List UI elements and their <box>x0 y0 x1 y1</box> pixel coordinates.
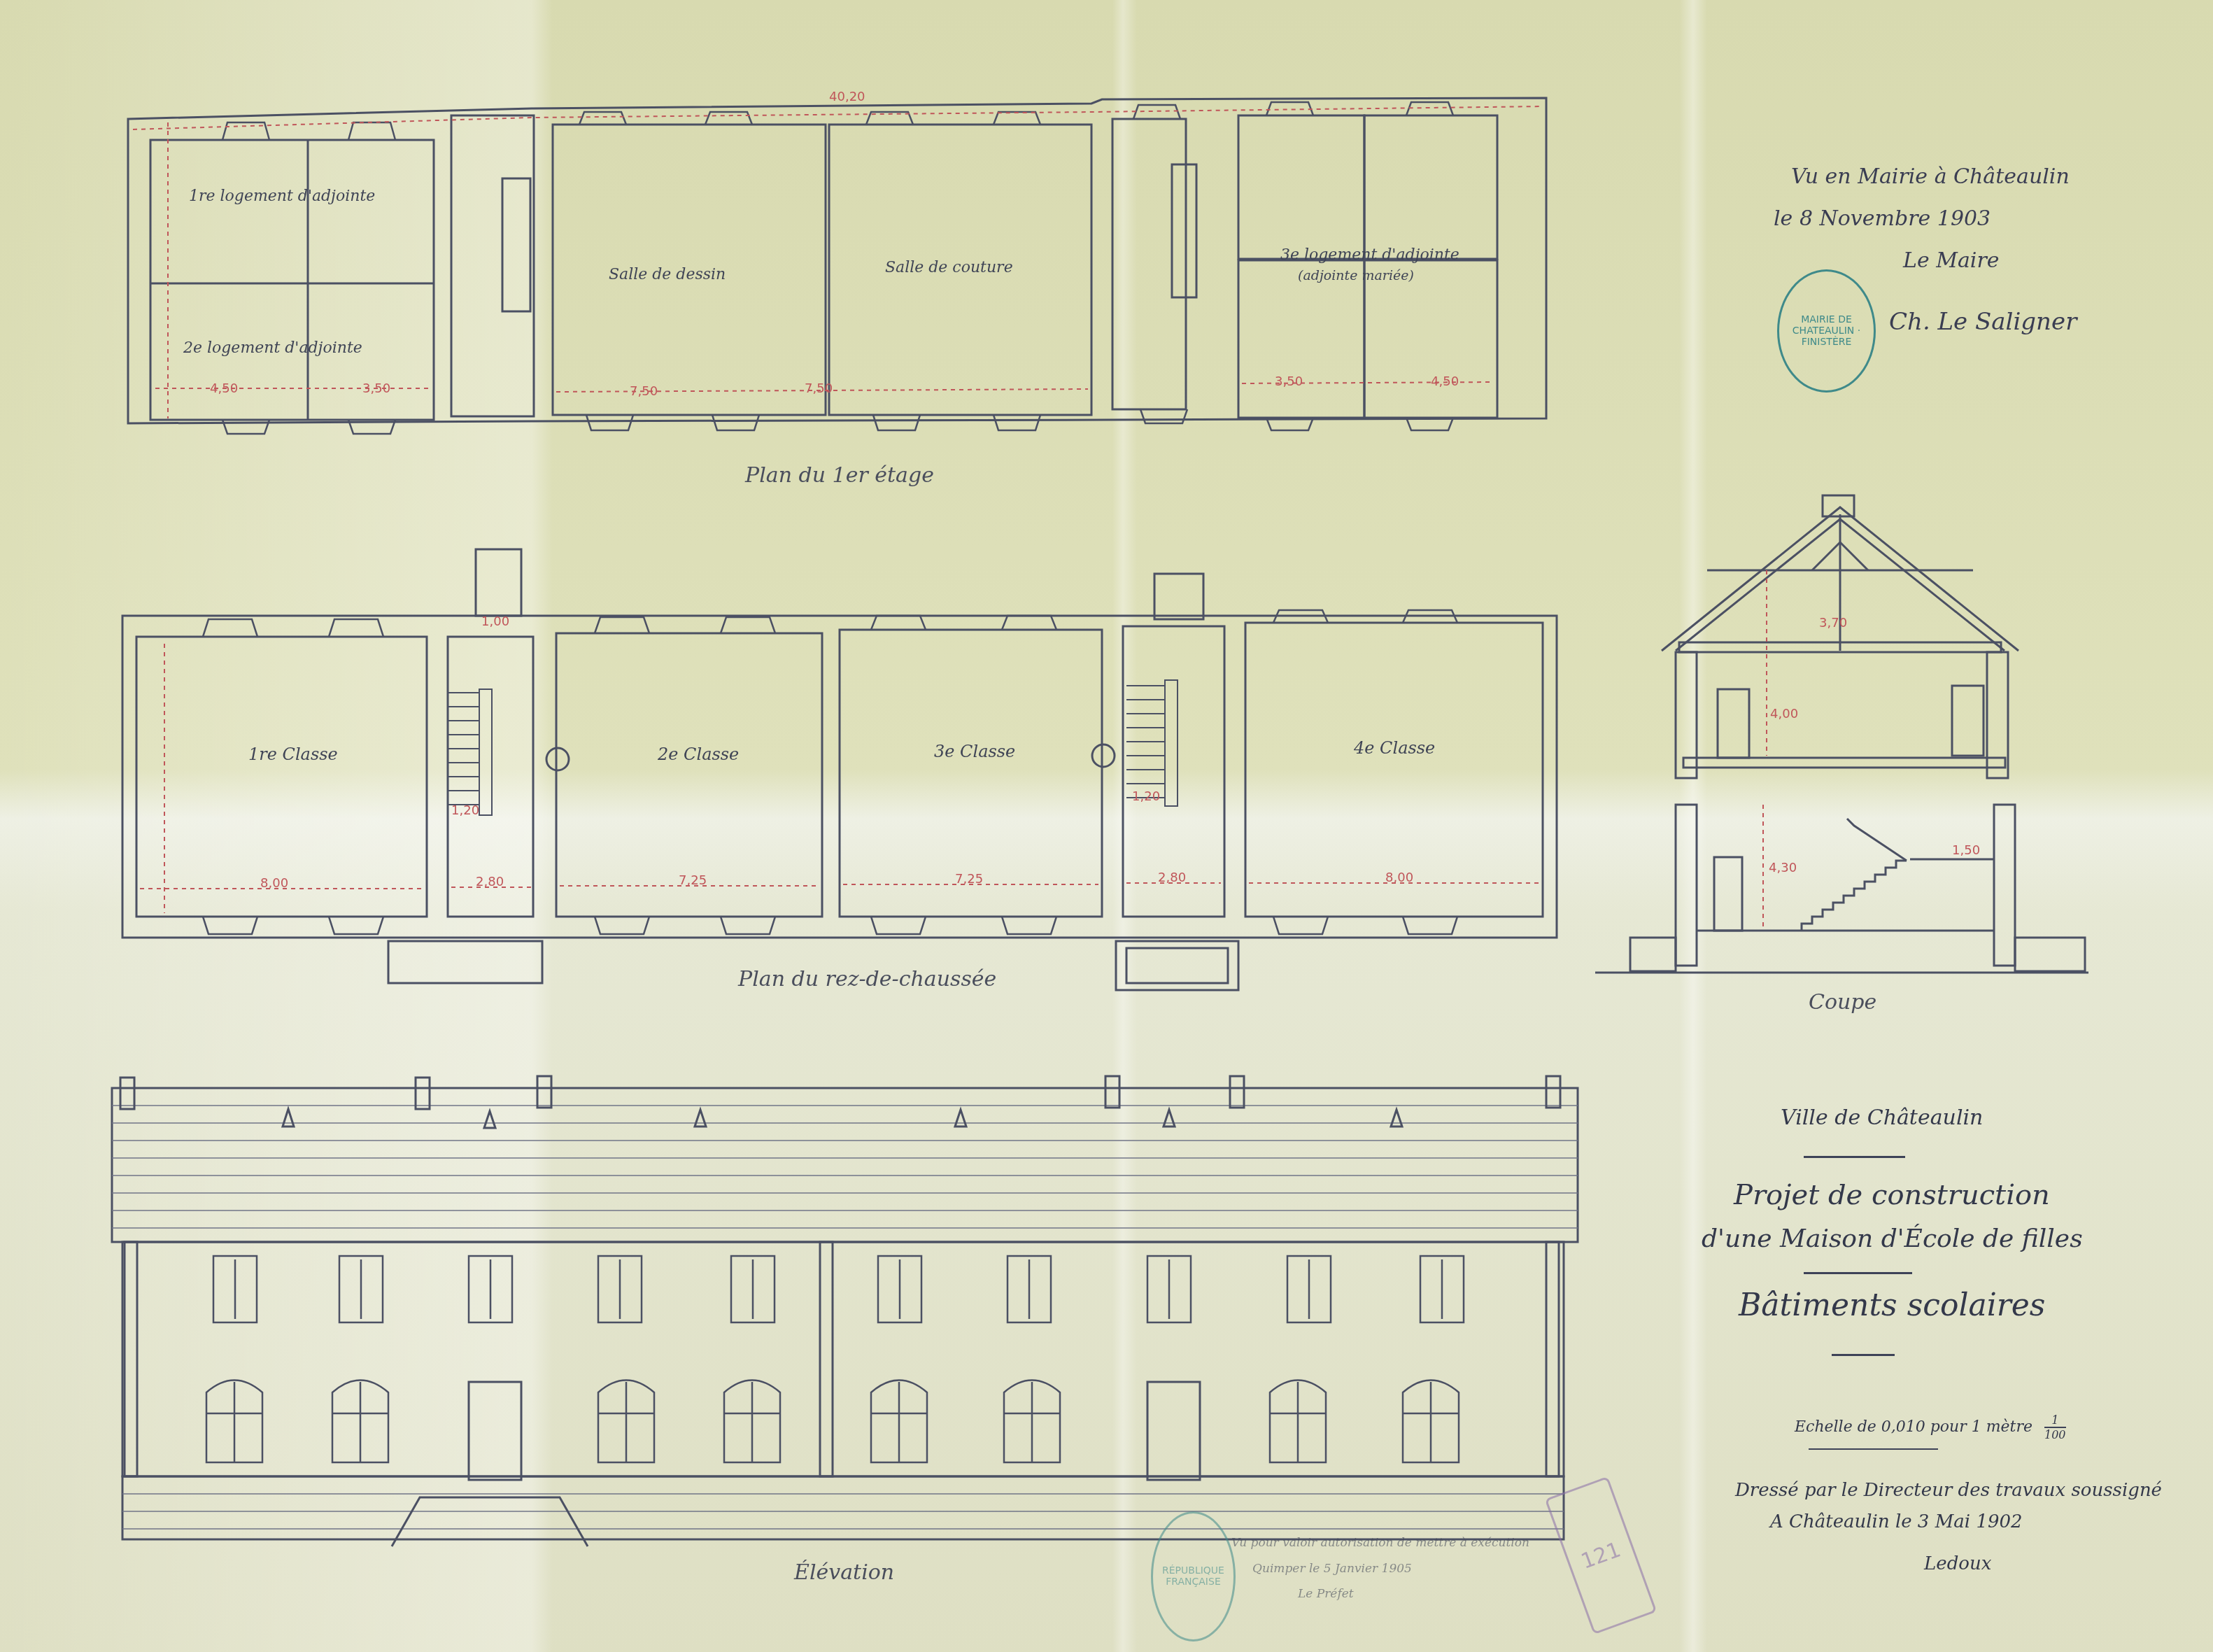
dim-ff-1: 3,50 <box>362 381 390 396</box>
room-label-salle-couture: Salle de couture <box>885 259 1013 276</box>
dim-sec-1: 4,00 <box>1770 707 1798 721</box>
room-label-classe-3: 3e Classe <box>934 742 1015 761</box>
title-rule-2 <box>1804 1272 1912 1274</box>
dim-ff-3: 7,50 <box>805 381 833 396</box>
caption-plan-first-floor: Plan du 1er étage <box>745 463 934 488</box>
title-rule-1 <box>1804 1156 1905 1158</box>
section-drawing <box>1595 495 2088 973</box>
title-signature: Ledoux <box>1924 1553 1991 1574</box>
dim-gf-4: 2,80 <box>1158 870 1186 885</box>
prefect-line-2: Quimper le 5 Janvier 1905 <box>1252 1562 1412 1576</box>
room-label-salle-dessin: Salle de dessin <box>609 266 726 283</box>
dim-gf-6: 1,20 <box>451 803 479 818</box>
mayor-signature: Ch. Le Saligner <box>1889 308 2077 336</box>
dim-ff-4: 3,50 <box>1275 374 1303 389</box>
mayor-stamp: MAIRIE DE CHATEAULIN · FINISTÈRE <box>1777 269 1876 393</box>
dim-gf-7: 1,20 <box>1132 789 1160 804</box>
dim-sec-3: 1,50 <box>1952 843 1980 858</box>
title-drawn-by-1: Dressé par le Directeur des travaux sous… <box>1735 1480 2162 1501</box>
caption-section: Coupe <box>1809 990 1876 1015</box>
dim-ff-0: 4,50 <box>210 381 238 396</box>
scale-text: Echelle de 0,010 pour 1 mètre <box>1795 1418 2032 1436</box>
title-project-line-2: d'une Maison d'École de filles <box>1702 1224 2083 1253</box>
dim-gf-1: 2,80 <box>476 875 504 889</box>
dim-ff-2: 7,50 <box>630 384 658 399</box>
mayor-stamp-text: MAIRIE DE CHATEAULIN · FINISTÈRE <box>1779 314 1874 348</box>
first-floor-plan <box>128 98 1546 434</box>
prefect-stamp-text: RÉPUBLIQUE FRANÇAISE <box>1153 1565 1233 1588</box>
ground-floor-plan <box>122 549 1557 990</box>
title-rule-4 <box>1809 1448 1938 1450</box>
room-label-logement-2: 2e logement d'adjointe <box>183 339 362 357</box>
scale-fraction-num: 1 <box>2044 1413 2066 1428</box>
prefect-stamp: RÉPUBLIQUE FRANÇAISE <box>1151 1511 1236 1642</box>
dim-gf-3: 7,25 <box>955 872 983 887</box>
dim-gf-5: 8,00 <box>1385 870 1413 885</box>
title-town: Ville de Châteaulin <box>1781 1106 1983 1130</box>
dim-sec-0: 3,70 <box>1819 616 1847 630</box>
dim-overall: 40,20 <box>829 90 865 104</box>
room-label-adjointe-mariee: (adjointe mariée) <box>1298 268 1414 283</box>
dim-sec-2: 4,30 <box>1769 861 1797 875</box>
elevation-drawing <box>112 1076 1578 1546</box>
title-rule-3 <box>1832 1354 1895 1356</box>
mayor-line-2: le 8 Novembre 1903 <box>1774 206 1991 231</box>
prefect-line-3: Le Préfet <box>1298 1587 1354 1601</box>
room-label-logement-3: 3e logement d'adjointe <box>1280 246 1459 264</box>
room-label-classe-1: 1re Classe <box>248 744 338 764</box>
title-project-line-1: Projet de construction <box>1734 1179 2050 1211</box>
room-label-classe-4: 4e Classe <box>1354 738 1435 758</box>
dim-gf-2: 7,25 <box>679 873 707 888</box>
dim-gf-8: 1,00 <box>481 614 509 629</box>
caption-elevation: Élévation <box>794 1560 894 1585</box>
mayor-line-1: Vu en Mairie à Châteaulin <box>1791 164 2070 189</box>
title-scale: Echelle de 0,010 pour 1 mètre 1 100 <box>1795 1413 2066 1441</box>
scale-fraction-den: 100 <box>2044 1428 2066 1441</box>
caption-plan-ground-floor: Plan du rez-de-chaussée <box>738 967 996 991</box>
prefect-line-1: Vu pour valoir autorisation de mettre à … <box>1231 1536 1529 1550</box>
title-drawn-by-2: A Châteaulin le 3 Mai 1902 <box>1770 1511 2023 1532</box>
scale-fraction: 1 100 <box>2044 1413 2066 1441</box>
architectural-drawing <box>0 0 2213 1652</box>
room-label-logement-1: 1re logement d'adjointe <box>189 188 375 205</box>
room-label-classe-2: 2e Classe <box>658 744 739 764</box>
dim-gf-0: 8,00 <box>260 876 288 891</box>
mayor-line-3: Le Maire <box>1903 248 2000 273</box>
purple-stamp-text: 121 <box>1578 1537 1624 1574</box>
dim-ff-5: 4,50 <box>1431 374 1459 389</box>
title-subtitle: Bâtiments scolaires <box>1739 1287 2045 1323</box>
